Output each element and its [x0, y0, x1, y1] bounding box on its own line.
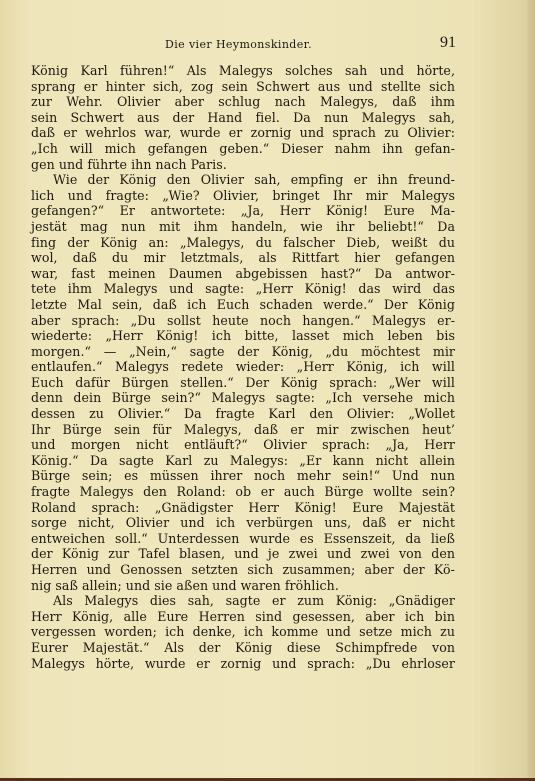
text-line: war, fast meinen Daumen abgebissen hast?… [31, 266, 455, 282]
text-line: lich und fragte: „Wie? Olivier, bringet … [31, 188, 455, 204]
text-line: entweichen soll.“ Unterdessen wurde es E… [31, 531, 455, 547]
text-line: denn dein Bürge sein?“ Malegys sagte: „I… [31, 390, 455, 406]
text-line: morgen.“ — „Nein,“ sagte der König, „du … [31, 344, 455, 360]
text-line: wol, daß du mir letztmals, als Rittfart … [31, 250, 455, 266]
text-line: sprang er hinter sich, zog sein Schwert … [31, 79, 455, 95]
text-line: nig saß allein; und sie aßen und waren f… [31, 578, 455, 594]
text-line: sorge nicht, Olivier und ich verbürgen u… [31, 515, 455, 531]
text-line: Herren und Genossen setzten sich zusamme… [31, 562, 455, 578]
text-line: zur Wehr. Olivier aber schlug nach Maleg… [31, 94, 455, 110]
text-line: „Ich will mich gefangen geben.“ Dieser n… [31, 141, 455, 157]
text-line: Ihr Bürge sein für Malegys, daß er mir z… [31, 422, 455, 438]
text-line: entlaufen.“ Malegys redete wieder: „Herr… [31, 359, 455, 375]
running-title: Die vier Heymonskinder. [165, 38, 312, 51]
body-text: König Karl führen!“ Als Malegys solches … [31, 63, 455, 671]
book-page: Die vier Heymonskinder. 91 König Karl fü… [0, 0, 535, 778]
text-line: sein Schwert aus der Hand fiel. Da nun M… [31, 110, 455, 126]
text-line: dessen zu Olivier.“ Da fragte Karl den O… [31, 406, 455, 422]
text-line: daß er wehrlos war, wurde er zornig und … [31, 125, 455, 141]
text-line: Bürge sein; es müssen ihrer noch mehr se… [31, 468, 455, 484]
text-line: König Karl führen!“ Als Malegys solches … [31, 63, 455, 79]
text-line: fing der König an: „Malegys, du falscher… [31, 235, 455, 251]
text-line: Malegys hörte, wurde er zornig und sprac… [31, 656, 455, 672]
text-line: der König zur Tafel blasen, und je zwei … [31, 546, 455, 562]
text-line: und morgen nicht entläuft?“ Olivier spra… [31, 437, 455, 453]
text-line: gefangen?“ Er antwortete: „Ja, Herr Köni… [31, 203, 455, 219]
page-edge-shadow [525, 0, 535, 778]
text-line: aber sprach: „Du sollst heute noch hange… [31, 313, 455, 329]
text-line: jestät mag nun mit ihm handeln, wie ihr … [31, 219, 455, 235]
text-line: Euch dafür Bürgen stellen.“ Der König sp… [31, 375, 455, 391]
running-head: Die vier Heymonskinder. 91 [0, 34, 535, 54]
text-line: König.“ Da sagte Karl zu Malegys: „Er ka… [31, 453, 455, 469]
page-number: 91 [440, 34, 456, 52]
text-line: gen und führte ihn nach Paris. [31, 157, 455, 173]
text-line: letzte Mal sein, daß ich Euch schaden we… [31, 297, 455, 313]
text-line: tete ihm Malegys und sagte: „Herr König!… [31, 281, 455, 297]
text-line: Herr König, alle Eure Herren sind gesess… [31, 609, 455, 625]
text-line: Eurer Majestät.“ Als der König diese Sch… [31, 640, 455, 656]
text-line: wiederte: „Herr König! ich bitte, lasset… [31, 328, 455, 344]
paragraph-start-line: Als Malegys dies sah, sagte er zum König… [31, 593, 455, 609]
text-line: vergessen worden; ich denke, ich komme u… [31, 624, 455, 640]
text-line: Roland sprach: „Gnädigster Herr König! E… [31, 500, 455, 516]
paragraph-start-line: Wie der König den Olivier sah, empfing e… [31, 172, 455, 188]
text-line: fragte Malegys den Roland: ob er auch Bü… [31, 484, 455, 500]
